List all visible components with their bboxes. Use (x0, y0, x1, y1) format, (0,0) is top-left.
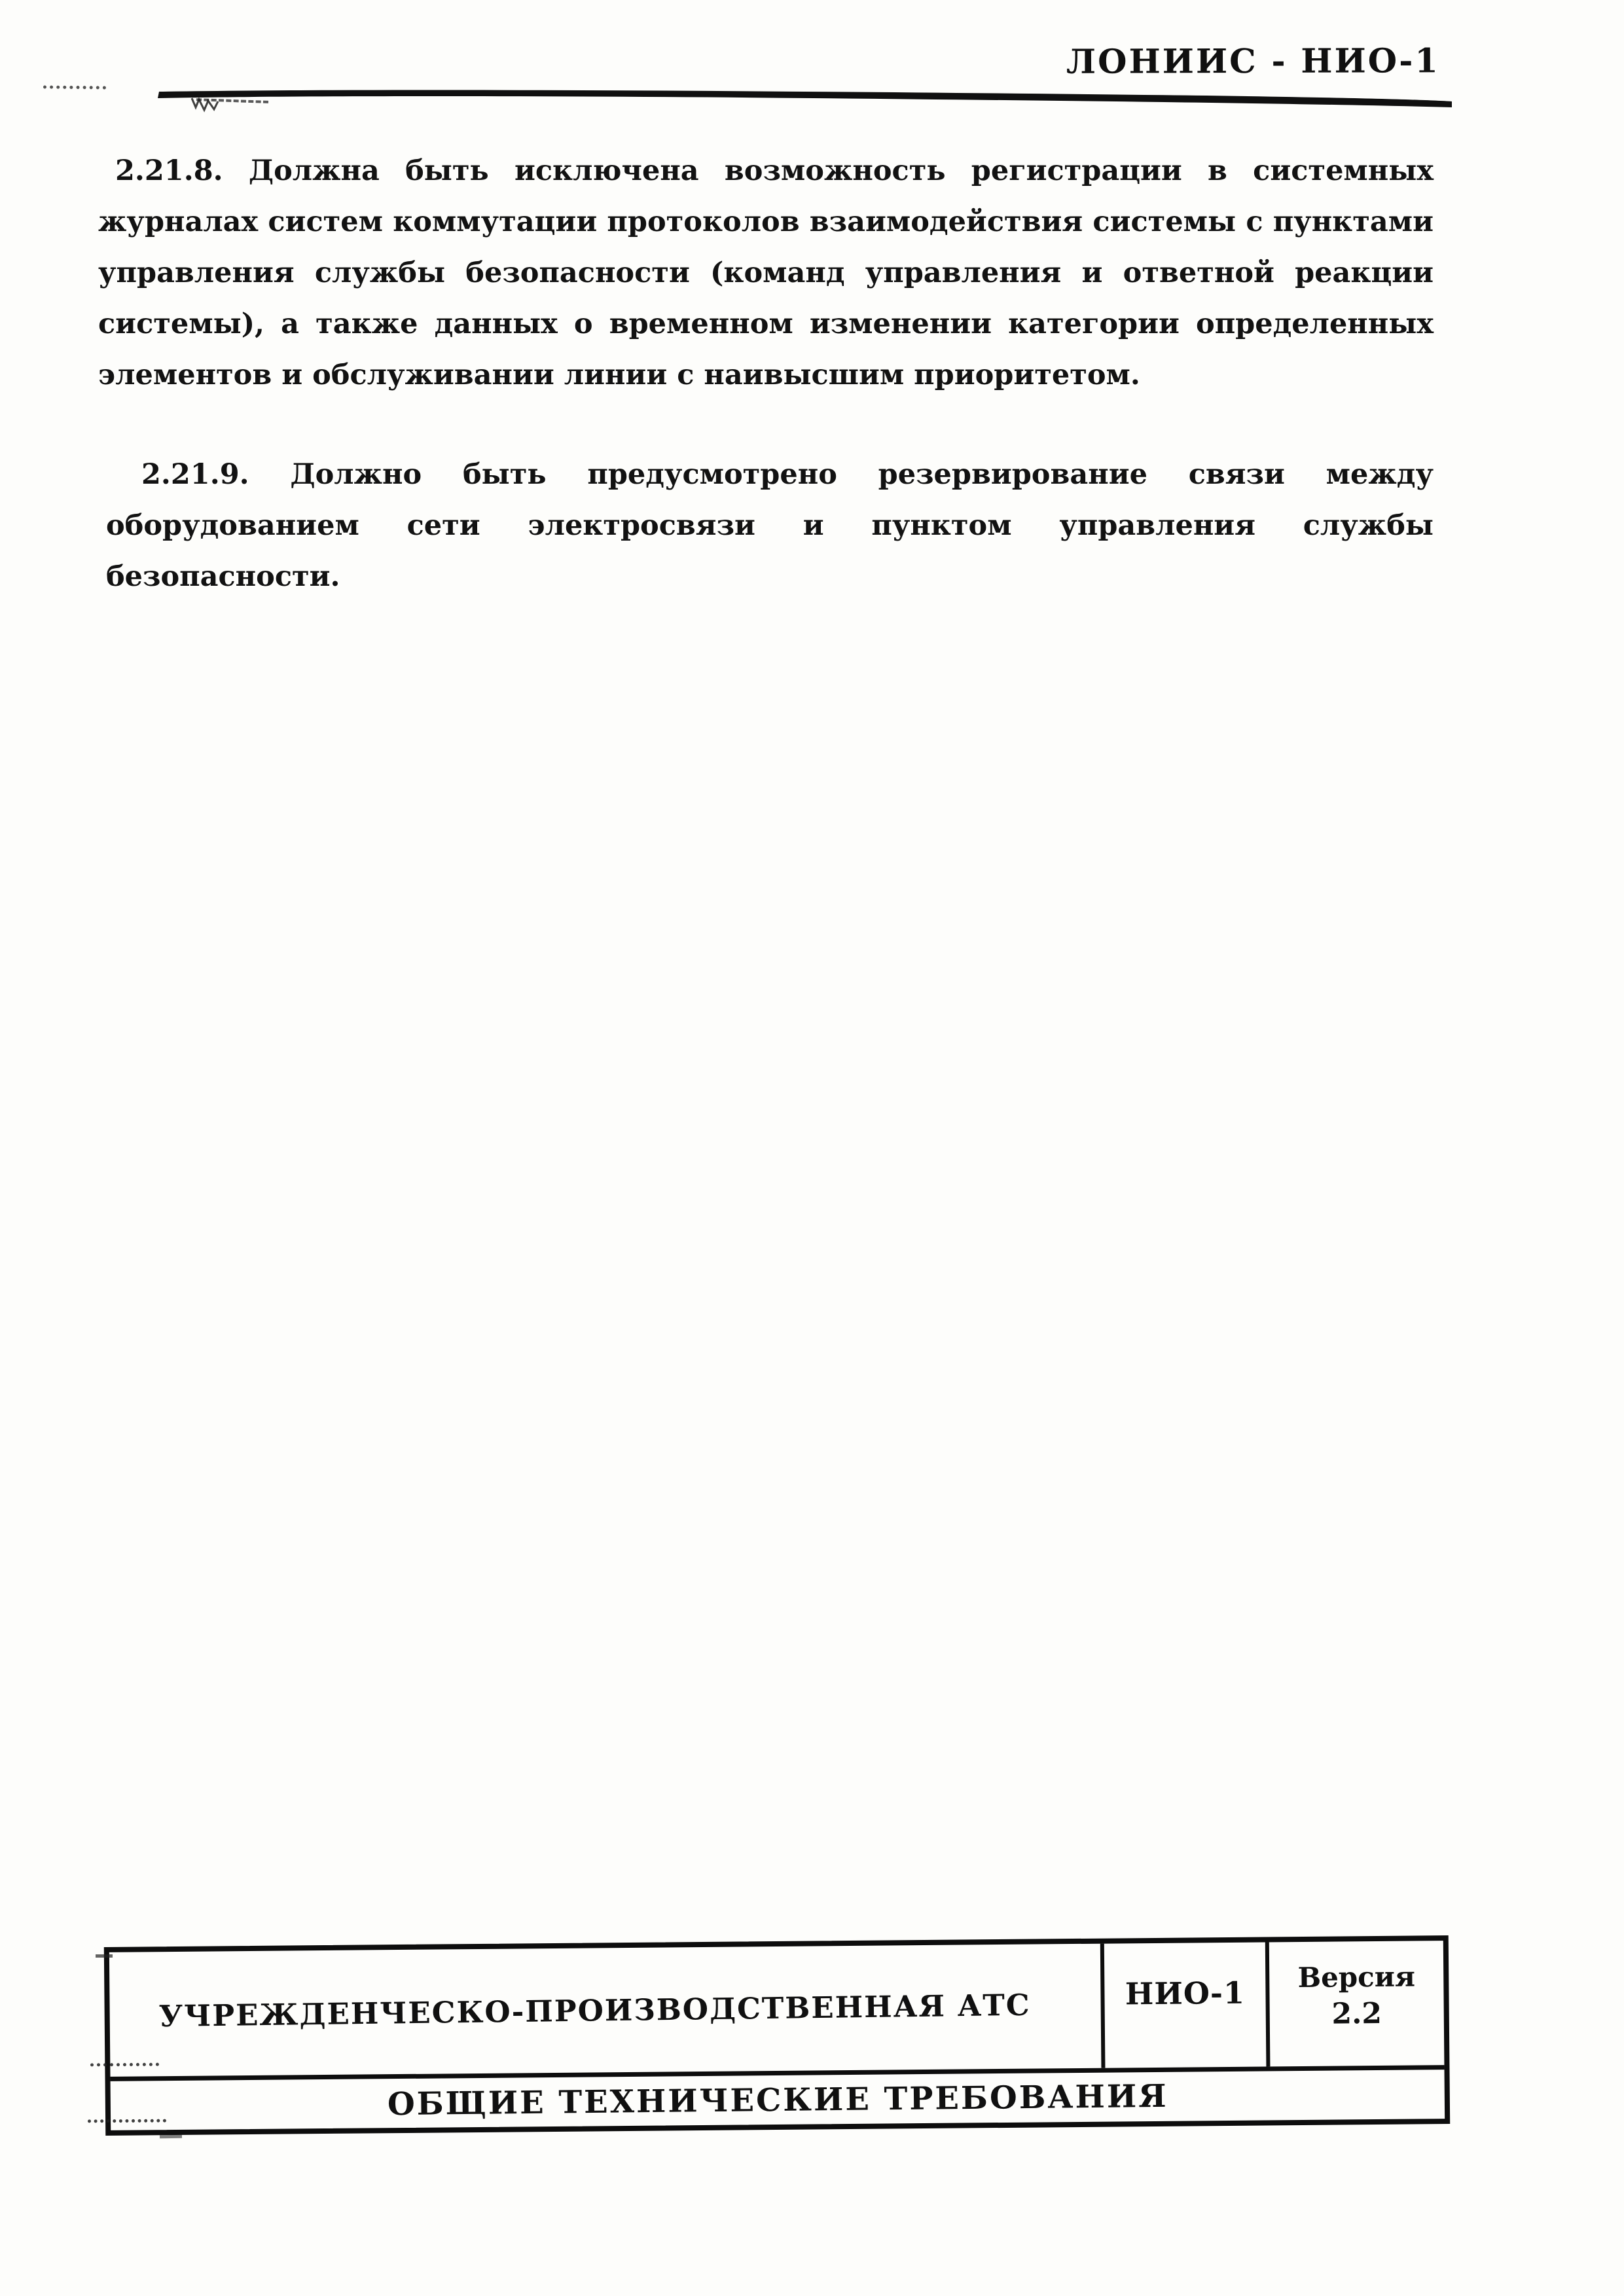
scanned-document-page: ЛОНИИС - НИО-1 2.21.8. Должна быть исклю… (0, 0, 1624, 2296)
text-line: элементов и обслуживании линии с наивысш… (98, 350, 1434, 401)
header-underline-rule (94, 81, 1462, 113)
text-line: 2.21.8. Должна быть исключена возможност… (98, 145, 1434, 196)
version-value: 2.2 (1331, 1997, 1382, 2031)
document-subtitle: ОБЩИЕ ТЕХНИЧЕСКИЕ ТРЕБОВАНИЯ (387, 2078, 1168, 2123)
footer-row-main: УЧРЕЖДЕНЧЕСКО-ПРОИЗВОДСТВЕННАЯ АТС НИО-1… (109, 1941, 1445, 2081)
version-label: Версия (1297, 1960, 1415, 1994)
footer-cell-title: УЧРЕЖДЕНЧЕСКО-ПРОИЗВОДСТВЕННАЯ АТС (109, 1944, 1106, 2077)
header-doc-code: ЛОНИИС - НИО-1 (1066, 41, 1440, 81)
document-title: УЧРЕЖДЕНЧЕСКО-ПРОИЗВОДСТВЕННАЯ АТС (158, 1987, 1031, 2033)
text-line: системы), а также данных о временном изм… (98, 298, 1434, 350)
text-line: управления службы безопасности (команд у… (98, 247, 1434, 298)
text-line: журналах систем коммутации протоколов вз… (98, 196, 1434, 247)
scan-artifact (160, 2135, 182, 2139)
footer-cell-dept: НИО-1 (1104, 1942, 1271, 2068)
dept-code: НИО-1 (1125, 1975, 1246, 2012)
footer-title-block: УЧРЕЖДЕНЧЕСКО-ПРОИЗВОДСТВЕННАЯ АТС НИО-1… (104, 1935, 1450, 2136)
text-line: 2.21.9. Должно быть предусмотрено резерв… (98, 449, 1434, 500)
paragraph-2-21-9: 2.21.9. Должно быть предусмотрено резерв… (98, 449, 1434, 551)
footer-cell-version: Версия 2.2 (1269, 1941, 1445, 2066)
paragraph-2-21-8: 2.21.8. Должна быть исключена возможност… (98, 145, 1434, 401)
text-line: оборудованием сети электросвязи и пункто… (98, 500, 1434, 551)
